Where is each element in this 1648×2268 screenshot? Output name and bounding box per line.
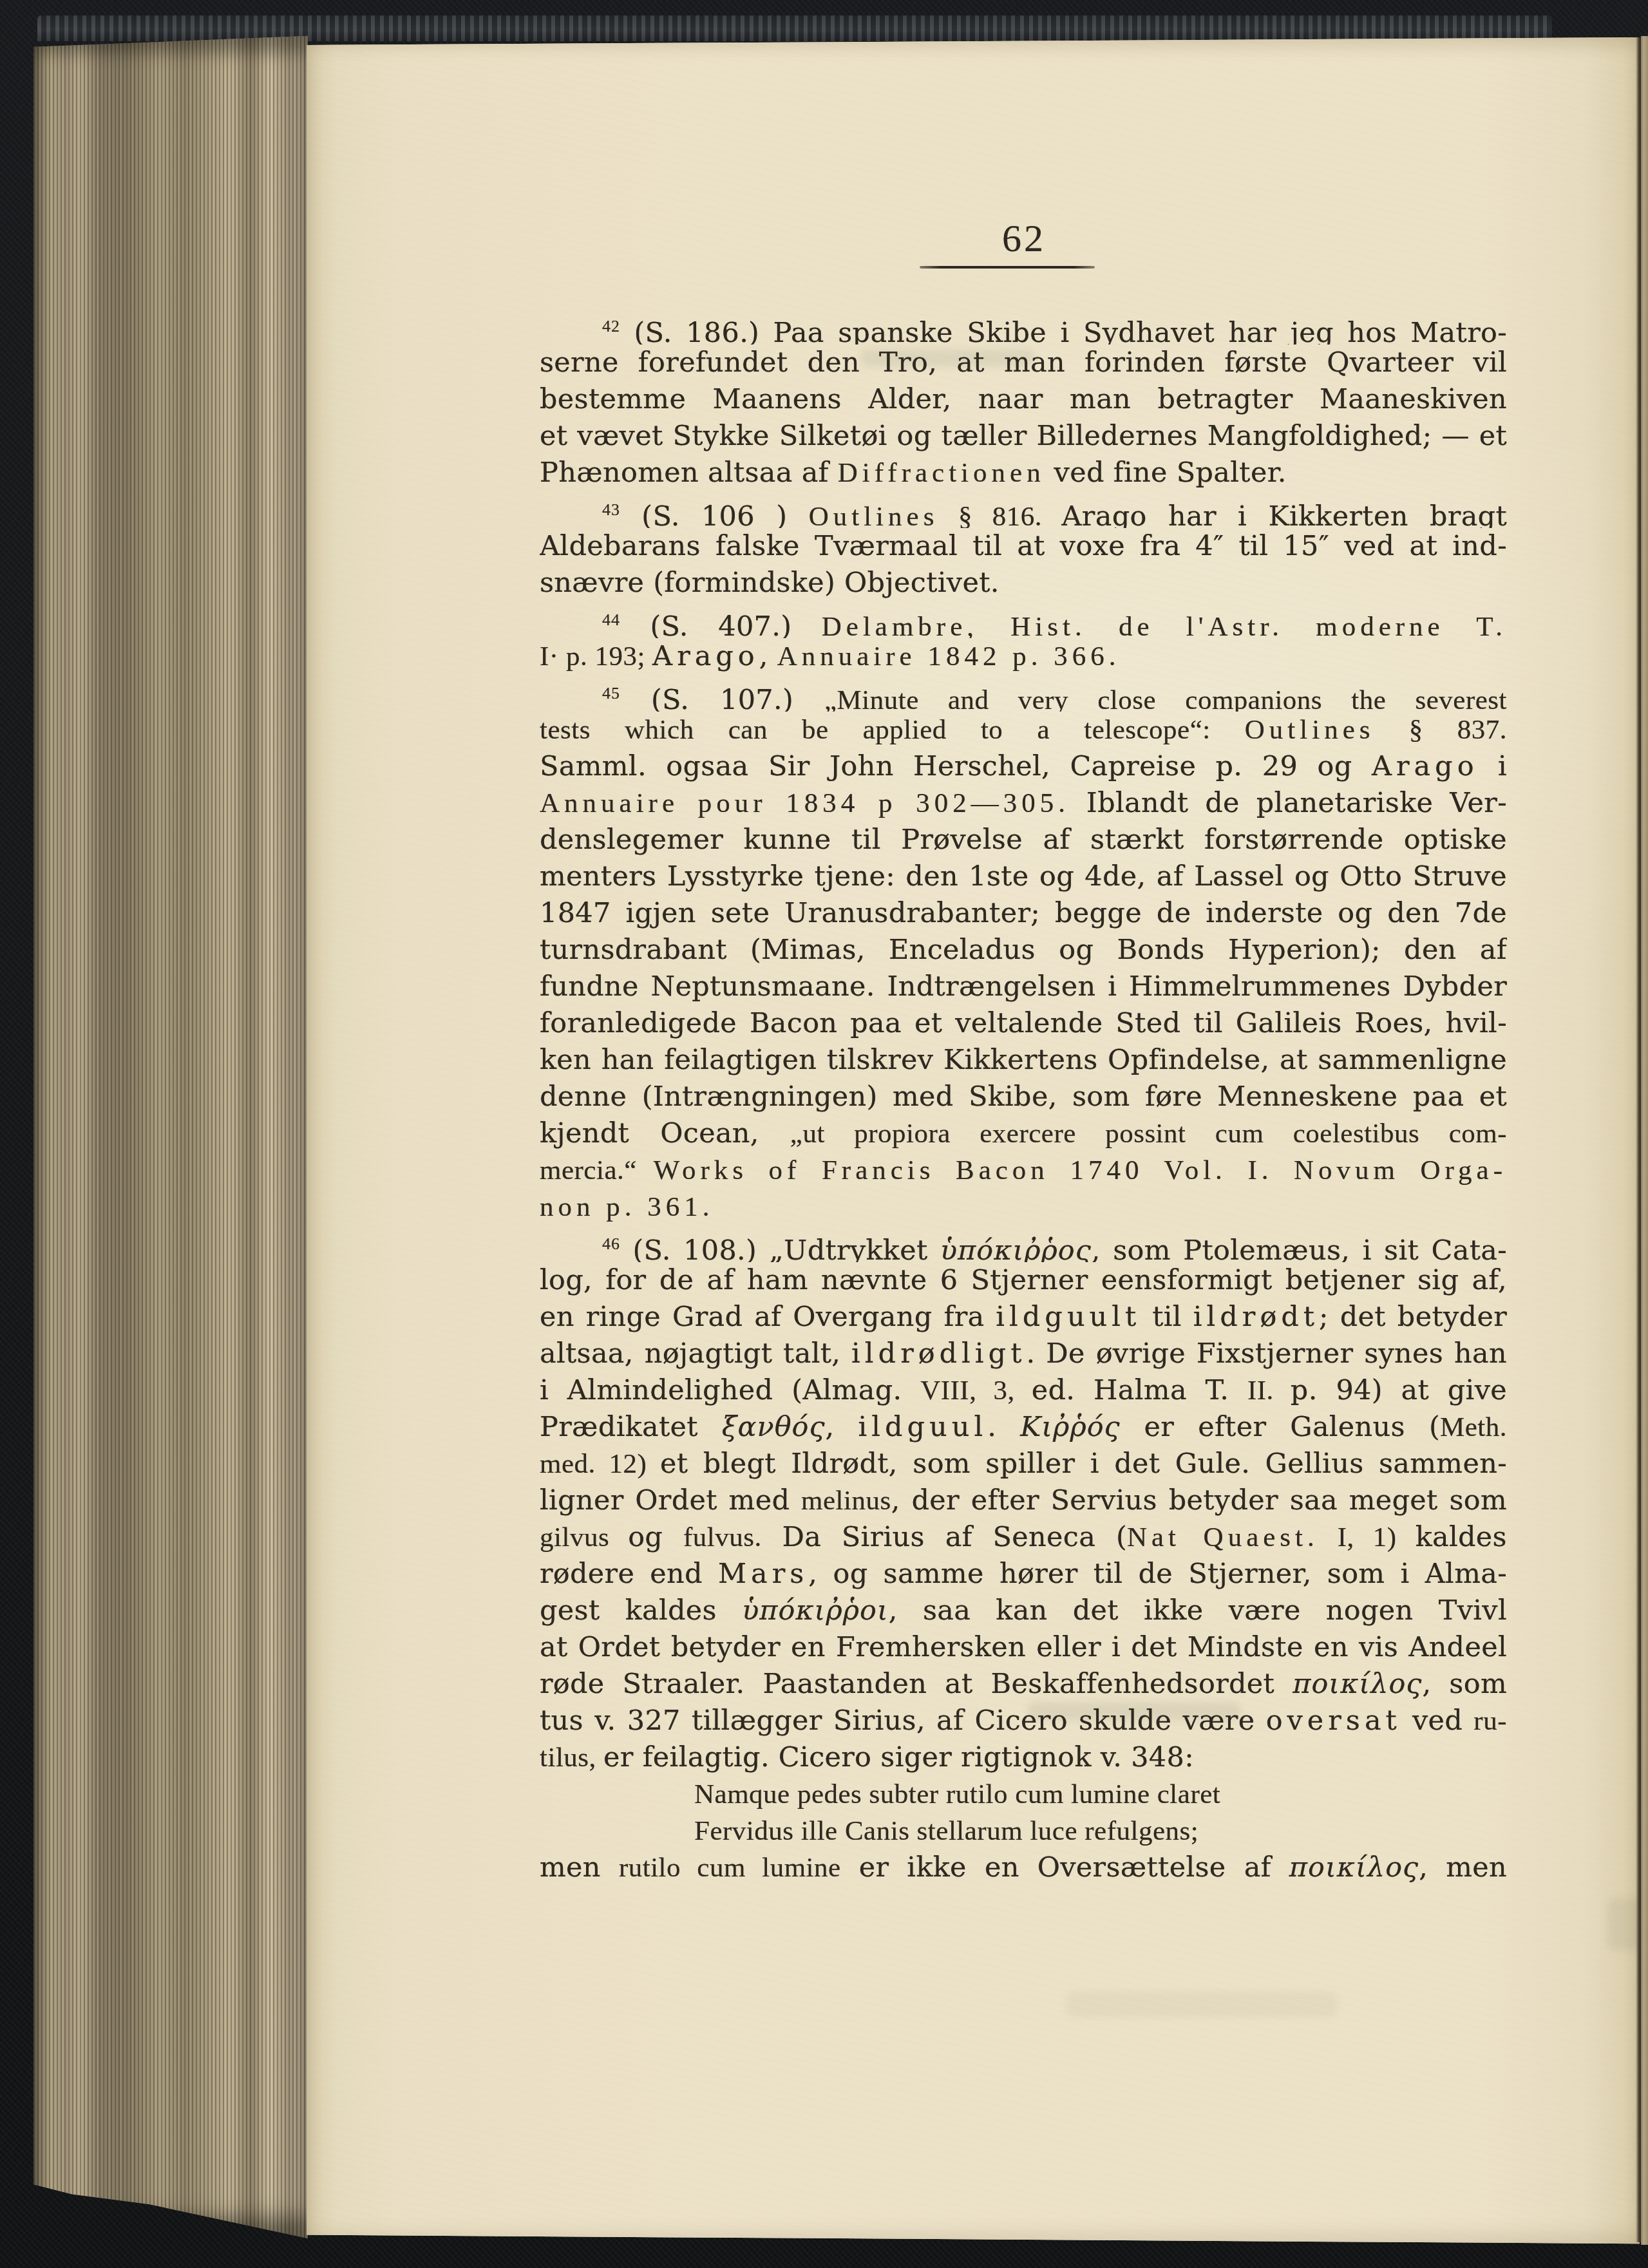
text-segment: „ut propiora exercere possint cum coeles… bbox=[790, 1119, 1507, 1149]
text-segment: kjendt Ocean, bbox=[540, 1117, 790, 1149]
text-segment: VIII, 3, bbox=[920, 1375, 1032, 1406]
text-line: 46 (S. 108.) „Udtrykket ὑπόκιῤῥος, som P… bbox=[540, 1225, 1507, 1262]
text-segment: Delambre, Hist. de l'Astr. moderne T. bbox=[822, 612, 1507, 638]
text-segment: II. bbox=[1247, 1375, 1291, 1406]
text-segment: ved fine Spalter. bbox=[1045, 457, 1287, 489]
text-segment: Nat Quaest. bbox=[1127, 1522, 1319, 1553]
text-line: Samml. ogsaa Sir John Herschel, Capreise… bbox=[540, 748, 1507, 785]
text-segment: ru- bbox=[1473, 1706, 1507, 1736]
text-line: fundne Neptunsmaane. Indtrængelsen i Him… bbox=[540, 969, 1507, 1005]
text-line: ligner Ordet med melinus, der efter Serv… bbox=[540, 1482, 1507, 1519]
page-number: 62 bbox=[541, 216, 1507, 258]
text-segment: Namque pedes subter rutilo cum lumine cl… bbox=[694, 1779, 1220, 1810]
text-segment: . De øvrige Fixstjerner synes han bbox=[1026, 1337, 1507, 1370]
cover-top-edge bbox=[37, 15, 1552, 41]
text-line: denne (Intrængningen) med Skibe, som før… bbox=[540, 1079, 1507, 1115]
text-segment: denslegemer kunne til Prøvelse af stærkt… bbox=[540, 824, 1507, 858]
text-line: rødere end Mars, og samme hører til de S… bbox=[540, 1556, 1507, 1592]
text-segment: tests which can be applied to a telescop… bbox=[540, 715, 1245, 745]
text-segment: Works of Francis Bacon 1740 Vol. I. Novu… bbox=[654, 1155, 1507, 1186]
text-segment: Diffractionen bbox=[838, 458, 1045, 488]
text-segment: ὑπόκιῤῥοι bbox=[742, 1594, 889, 1627]
text-line: tests which can be applied to a telescop… bbox=[540, 712, 1507, 748]
text-segment: men bbox=[540, 1851, 619, 1884]
text-segment: ildrødligt bbox=[851, 1337, 1026, 1370]
text-segment: ed. Halma T. bbox=[1032, 1374, 1247, 1406]
text-segment: at Ordet betyder en Fremhersken eller i … bbox=[540, 1631, 1507, 1666]
text-line: I· p. 193; Arago, Annuaire 1842 p. 366. bbox=[540, 638, 1507, 675]
text-segment: , og samme hører til de Stjerner, som i … bbox=[808, 1558, 1507, 1590]
text-segment: ildguult bbox=[996, 1301, 1141, 1333]
text-line: Phænomen altsaa af Diffractionen ved fin… bbox=[540, 455, 1507, 491]
text-segment: foranledigede Bacon paa et veltalende St… bbox=[540, 1007, 1507, 1039]
text-segment: Arago bbox=[652, 640, 759, 672]
text-segment: (S. 108.) „Udtrykket bbox=[620, 1234, 940, 1262]
text-segment: I· p. 193; bbox=[540, 641, 652, 672]
text-segment: Da Sirius af Seneca ( bbox=[762, 1521, 1127, 1553]
footnote-number: 42 bbox=[602, 317, 620, 335]
text-segment: røde Straaler. Paastanden at Beskaffenhe… bbox=[540, 1668, 1293, 1700]
text-line: gest kaldes ὑπόκιῤῥοι, saa kan det ikke … bbox=[540, 1592, 1507, 1629]
text-segment: 1847 igjen sete Uranusdrabanter; begge d… bbox=[540, 897, 1507, 932]
header-rule bbox=[920, 266, 1095, 269]
text-line: Prædikatet ξανθός, ildguul. Κιῤῥός er ef… bbox=[540, 1409, 1507, 1446]
text-segment: ildrødt bbox=[1193, 1301, 1319, 1333]
gutter-shadow bbox=[1636, 37, 1641, 2242]
text-segment: med. 12) bbox=[540, 1449, 660, 1479]
text-line: Aldebarans falske Tværmaal til at voxe f… bbox=[540, 528, 1507, 565]
text-segment: et vævet Stykke Silketøi og tæller Bille… bbox=[540, 420, 1507, 452]
text-segment: en ringe Grad af Overgang fra bbox=[540, 1301, 996, 1333]
text-line: log, for de af ham nævnte 6 Stjerner een… bbox=[540, 1262, 1507, 1299]
text-line: med. 12) et blegt Ildrødt, som spiller i… bbox=[540, 1446, 1507, 1482]
text-segment: ποικίλος bbox=[1293, 1668, 1422, 1700]
text-segment: er ikke en Oversættelse af bbox=[841, 1851, 1289, 1884]
page-edge-stack bbox=[33, 35, 308, 2238]
text-segment: ; det betyder bbox=[1319, 1301, 1507, 1333]
book-page: 62 42 (S. 186.) Paa spanske Skibe i Sydh… bbox=[307, 37, 1640, 2245]
text-line: 44 (S. 407.) Delambre, Hist. de l'Astr. … bbox=[540, 601, 1507, 638]
text-segment: fulvus. bbox=[683, 1522, 762, 1553]
text-segment: i bbox=[1479, 750, 1507, 782]
footnote-number: 44 bbox=[602, 610, 620, 629]
text-segment: Outlines bbox=[809, 502, 939, 528]
text-line: tus v. 327 tillægger Sirius, af Cicero s… bbox=[540, 1703, 1507, 1739]
text-segment: ὑπόκιῤῥος bbox=[940, 1234, 1092, 1262]
text-segment: , bbox=[826, 1411, 858, 1443]
text-segment: , der efter Servius betyder saa meget so… bbox=[891, 1484, 1507, 1517]
text-segment: I, 1) bbox=[1319, 1522, 1416, 1553]
text-segment: Prædikatet bbox=[540, 1411, 722, 1443]
text-line: 42 (S. 186.) Paa spanske Skibe i Sydhave… bbox=[540, 308, 1507, 345]
text-segment: altsaa, nøjagtigt talt, bbox=[540, 1337, 851, 1370]
text-segment: kaldes bbox=[1416, 1521, 1507, 1553]
text-segment: gest kaldes bbox=[540, 1594, 742, 1627]
text-segment: (S. 107.) bbox=[620, 684, 824, 712]
text-line: snævre (formindske) Objectivet. bbox=[540, 565, 1507, 601]
text-segment: Annuaire 1842 p. 366. bbox=[777, 641, 1121, 672]
text-segment: serne forefundet den Tro, at man forinde… bbox=[540, 346, 1507, 381]
text-line: røde Straaler. Paastanden at Beskaffenhe… bbox=[540, 1666, 1507, 1703]
text-segment: oversat bbox=[1266, 1705, 1401, 1737]
text-segment: denne (Intrængningen) med Skibe, som før… bbox=[540, 1081, 1507, 1115]
text-segment: melinus bbox=[801, 1486, 891, 1516]
text-line: Namque pedes subter rutilo cum lumine cl… bbox=[540, 1776, 1507, 1813]
text-segment: ved bbox=[1401, 1705, 1474, 1737]
text-segment: log, for de af ham nævnte 6 Stjerner een… bbox=[540, 1264, 1507, 1299]
text-line: i Almindelighed (Almag. VIII, 3, ed. Hal… bbox=[540, 1372, 1507, 1409]
text-segment: (S. 407.) bbox=[620, 610, 822, 638]
text-line: kjendt Ocean, „ut propiora exercere poss… bbox=[540, 1115, 1507, 1152]
text-segment: (S. 186.) Paa spanske Skibe i Sydhavet h… bbox=[620, 317, 1507, 345]
text-segment: Samml. ogsaa Sir John Herschel, Capreise… bbox=[540, 750, 1372, 782]
text-segment: tilus, bbox=[540, 1743, 603, 1773]
footnote-number: 45 bbox=[602, 684, 620, 703]
text-line: non p. 361. bbox=[540, 1189, 1507, 1225]
footnote-number: 46 bbox=[602, 1234, 620, 1253]
text-segment: menters Lysstyrke tjene: den 1ste og 4de… bbox=[540, 860, 1507, 893]
text-segment: ξανθός bbox=[722, 1411, 826, 1443]
text-segment: ligner Ordet med bbox=[540, 1484, 801, 1517]
text-segment: , bbox=[759, 640, 777, 672]
text-line: ken han feilagtigen tilskrev Kikkertens … bbox=[540, 1042, 1507, 1079]
text-line: at Ordet betyder en Fremhersken eller i … bbox=[540, 1629, 1507, 1666]
text-line: 45 (S. 107.) „Minute and very close comp… bbox=[540, 675, 1507, 712]
text-segment: rutilo cum lumine bbox=[619, 1853, 841, 1883]
text-segment: til bbox=[1141, 1301, 1193, 1333]
text-segment: § 837. bbox=[1375, 715, 1507, 745]
text-line: denslegemer kunne til Prøvelse af stærkt… bbox=[540, 822, 1507, 858]
show-through-smudge bbox=[1066, 1992, 1337, 2018]
text-segment: . bbox=[987, 1411, 1020, 1443]
text-segment: Outlines bbox=[1245, 715, 1375, 745]
text-line: turnsdrabant (Mimas, Enceladus og Bonds … bbox=[540, 932, 1507, 969]
text-line: menters Lysstyrke tjene: den 1ste og 4de… bbox=[540, 858, 1507, 895]
text-segment: bestemme Maanens Alder, naar man betragt… bbox=[540, 383, 1507, 418]
text-segment: Fervidus ille Canis stellarum luce reful… bbox=[694, 1816, 1198, 1846]
text-line: et vævet Stykke Silketøi og tæller Bille… bbox=[540, 418, 1507, 455]
text-segment: Arago har i Kikkerten bragt bbox=[1062, 500, 1507, 528]
text-line: en ringe Grad af Overgang fra ildguult t… bbox=[540, 1299, 1507, 1336]
text-segment: gilvus bbox=[540, 1522, 628, 1553]
next-page-edge bbox=[1641, 36, 1648, 2245]
text-line: Fervidus ille Canis stellarum luce reful… bbox=[540, 1813, 1507, 1849]
text-segment: i Almindelighed (Almag. bbox=[540, 1374, 920, 1406]
text-segment: Iblandt de planetariske Ver- bbox=[1070, 787, 1507, 819]
text-segment: non p. 361. bbox=[540, 1192, 714, 1222]
text-segment: tus v. 327 tillægger Sirius, af Cicero s… bbox=[540, 1705, 1266, 1737]
text-segment: (S. 106 ) bbox=[620, 500, 809, 528]
text-segment: og bbox=[628, 1521, 683, 1553]
text-segment: er feilagtig. Cicero siger rigtignok v. … bbox=[603, 1741, 1194, 1773]
text-line: 43 (S. 106 ) Outlines § 816. Arago har i… bbox=[540, 491, 1507, 528]
text-segment: § 816. bbox=[938, 502, 1061, 528]
text-segment: snævre (formindske) Objectivet. bbox=[540, 567, 999, 599]
text-segment: er efter Galenus ( bbox=[1121, 1411, 1440, 1443]
text-block: 42 (S. 186.) Paa spanske Skibe i Sydhave… bbox=[540, 308, 1507, 1886]
text-segment: Κιῤῥός bbox=[1020, 1411, 1121, 1443]
text-segment: Mars bbox=[718, 1558, 808, 1590]
text-segment: Annuaire pour 1834 p 302—305. bbox=[540, 788, 1070, 818]
text-line: serne forefundet den Tro, at man forinde… bbox=[540, 345, 1507, 381]
text-segment: ildguul bbox=[858, 1411, 988, 1443]
text-segment: ποικίλος bbox=[1289, 1851, 1419, 1884]
text-segment: , som Ptolemæus, i sit Cata- bbox=[1092, 1234, 1507, 1262]
text-segment: , men bbox=[1419, 1851, 1507, 1884]
text-line: bestemme Maanens Alder, naar man betragt… bbox=[540, 381, 1507, 418]
text-segment: ken han feilagtigen tilskrev Kikkertens … bbox=[540, 1044, 1507, 1076]
text-line: foranledigede Bacon paa et veltalende St… bbox=[540, 1005, 1507, 1042]
text-line: altsaa, nøjagtigt talt, ildrødligt. De ø… bbox=[540, 1336, 1507, 1372]
text-line: mercia.“ Works of Francis Bacon 1740 Vol… bbox=[540, 1152, 1507, 1189]
text-line: men rutilo cum lumine er ikke en Oversæt… bbox=[540, 1849, 1507, 1886]
footnote-number: 43 bbox=[602, 500, 620, 519]
text-segment: mercia.“ bbox=[540, 1155, 654, 1186]
text-segment: turnsdrabant (Mimas, Enceladus og Bonds … bbox=[540, 934, 1507, 969]
text-segment: Meth. bbox=[1440, 1412, 1507, 1442]
text-line: 1847 igjen sete Uranusdrabanter; begge d… bbox=[540, 895, 1507, 932]
text-segment: rødere end bbox=[540, 1558, 718, 1590]
text-segment: Aldebarans falske Tværmaal til at voxe f… bbox=[540, 530, 1507, 562]
text-line: tilus, er feilagtig. Cicero siger rigtig… bbox=[540, 1739, 1507, 1776]
text-line: gilvus og fulvus. Da Sirius af Seneca (N… bbox=[540, 1519, 1507, 1556]
text-segment: fundne Neptunsmaane. Indtrængelsen i Him… bbox=[540, 970, 1507, 1003]
text-segment: „Minute and very close companions the se… bbox=[824, 685, 1507, 712]
book-photo-scene: 62 42 (S. 186.) Paa spanske Skibe i Sydh… bbox=[0, 0, 1648, 2268]
text-segment: Arago bbox=[1372, 750, 1479, 782]
text-line: Annuaire pour 1834 p 302—305. Iblandt de… bbox=[540, 785, 1507, 822]
text-segment: p. 94) at give bbox=[1291, 1374, 1507, 1406]
text-segment: et blegt Ildrødt, som spiller i det Gule… bbox=[660, 1448, 1507, 1480]
text-segment: Phænomen altsaa af bbox=[540, 457, 838, 489]
